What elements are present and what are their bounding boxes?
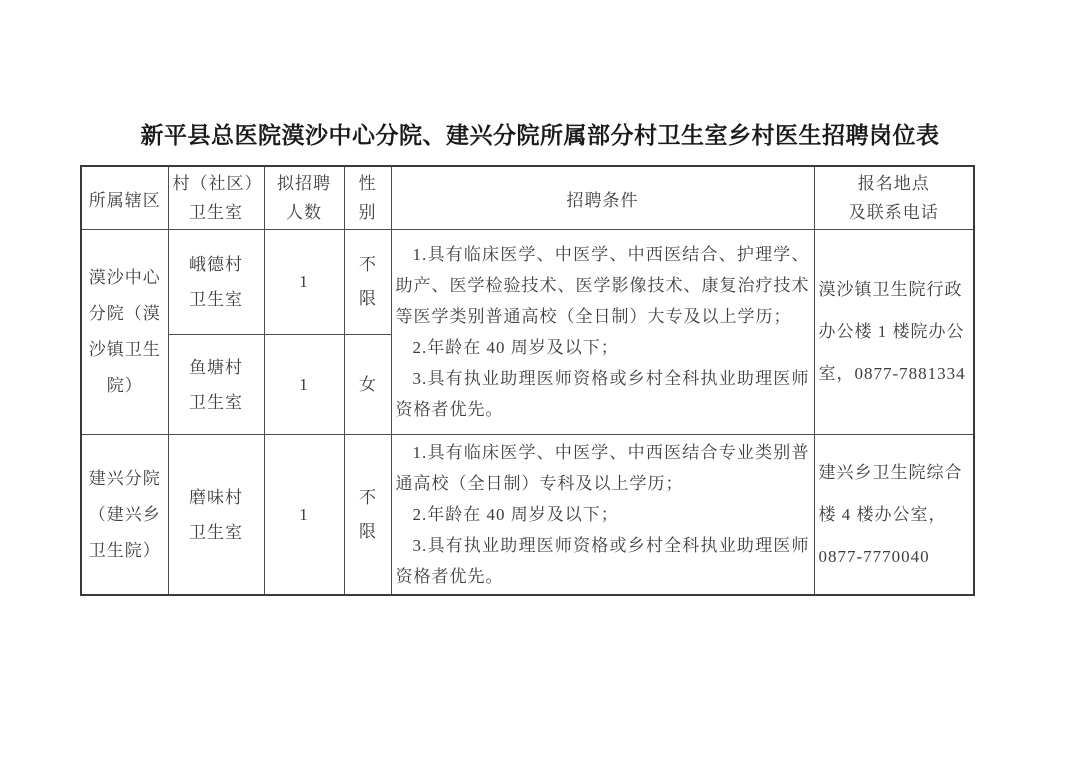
column-header-clinic-line1: 村（社区）	[173, 169, 260, 198]
column-header-contact: 报名地点 及联系电话	[814, 166, 974, 230]
condition-item: 3.具有执业助理医师资格或乡村全科执业助理医师资格者优先。	[396, 530, 810, 592]
conditions-cell-jianxing: 1.具有临床医学、中医学、中西医结合专业类别普通高校（全日制）专科及以上学历； …	[391, 435, 814, 596]
positions-count: 1	[264, 435, 344, 596]
gender-cell: 不限	[344, 230, 391, 335]
column-header-contact-line2: 及联系电话	[819, 198, 970, 227]
clinic-cell-yutang: 鱼塘村卫生室	[168, 335, 264, 435]
column-header-clinic: 村（社区） 卫生室	[168, 166, 264, 230]
contact-cell-mosha: 漠沙镇卫生院行政办公楼 1 楼院办公室，0877-7881334	[814, 230, 974, 435]
gender-cell: 女	[344, 335, 391, 435]
column-header-contact-line1: 报名地点	[819, 169, 970, 198]
positions-count: 1	[264, 230, 344, 335]
district-cell-jianxing: 建兴分院（建兴乡卫生院）	[81, 435, 168, 596]
table-header-row: 所属辖区 村（社区） 卫生室 拟招聘 人数 性 别 招聘条件 报名地点 及联系电…	[81, 166, 974, 230]
column-header-positions-line1: 拟招聘	[269, 169, 340, 198]
district-name: 漠沙中心分院（漠沙镇卫生院）	[88, 260, 162, 404]
condition-item: 1.具有临床医学、中医学、中西医结合、护理学、助产、医学检验技术、医学影像技术、…	[396, 239, 810, 332]
gender-cell: 不限	[344, 435, 391, 596]
condition-item: 1.具有临床医学、中医学、中西医结合专业类别普通高校（全日制）专科及以上学历；	[396, 437, 810, 499]
clinic-cell-ede: 峨德村卫生室	[168, 230, 264, 335]
column-header-gender-line2: 别	[349, 198, 387, 227]
page-title: 新平县总医院漠沙中心分院、建兴分院所属部分村卫生室乡村医生招聘岗位表	[0, 120, 1080, 150]
condition-item: 2.年龄在 40 周岁及以下；	[396, 499, 810, 530]
recruitment-table: 所属辖区 村（社区） 卫生室 拟招聘 人数 性 别 招聘条件 报名地点 及联系电…	[80, 165, 975, 596]
contact-info: 漠沙镇卫生院行政办公楼 1 楼院办公室，0877-7881334	[819, 269, 970, 395]
gender-value: 不限	[358, 481, 378, 549]
clinic-name: 磨味村卫生室	[188, 480, 244, 550]
gender-value: 女	[358, 368, 378, 402]
column-header-gender-line1: 性	[349, 169, 387, 198]
condition-item: 2.年龄在 40 周岁及以下；	[396, 332, 810, 363]
column-header-positions-line2: 人数	[269, 198, 340, 227]
column-header-conditions: 招聘条件	[391, 166, 814, 230]
contact-info: 建兴乡卫生院综合楼 4 楼办公室，0877-7770040	[819, 452, 970, 578]
column-header-positions: 拟招聘 人数	[264, 166, 344, 230]
table-row: 建兴分院（建兴乡卫生院） 磨味村卫生室 1 不限 1.具有临床医学、中医学、中西…	[81, 435, 974, 596]
document-page: 新平县总医院漠沙中心分院、建兴分院所属部分村卫生室乡村医生招聘岗位表 所属辖区 …	[0, 0, 1080, 763]
district-name: 建兴分院（建兴乡卫生院）	[88, 461, 162, 569]
contact-cell-jianxing: 建兴乡卫生院综合楼 4 楼办公室，0877-7770040	[814, 435, 974, 596]
clinic-cell-mowei: 磨味村卫生室	[168, 435, 264, 596]
condition-item: 3.具有执业助理医师资格或乡村全科执业助理医师资格者优先。	[396, 363, 810, 425]
column-header-gender: 性 别	[344, 166, 391, 230]
column-header-clinic-line2: 卫生室	[173, 198, 260, 227]
clinic-name: 峨德村卫生室	[188, 247, 244, 317]
district-cell-mosha: 漠沙中心分院（漠沙镇卫生院）	[81, 230, 168, 435]
gender-value: 不限	[358, 248, 378, 316]
clinic-name: 鱼塘村卫生室	[188, 350, 244, 420]
positions-count: 1	[264, 335, 344, 435]
column-header-district: 所属辖区	[81, 166, 168, 230]
conditions-cell-mosha: 1.具有临床医学、中医学、中西医结合、护理学、助产、医学检验技术、医学影像技术、…	[391, 230, 814, 435]
table-row: 漠沙中心分院（漠沙镇卫生院） 峨德村卫生室 1 不限 1.具有临床医学、中医学、…	[81, 230, 974, 335]
